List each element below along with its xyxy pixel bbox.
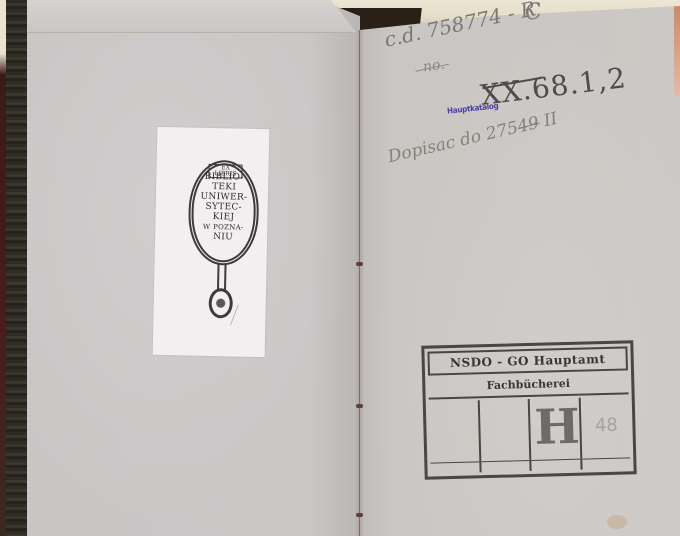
page-edge-highlight [674,6,680,96]
photo-scene: EX LIBRIS BIBLIO- TEKI UNIWER- SYTEC- KI… [0,0,680,536]
eagle-medallion-icon [208,288,233,318]
bookplate-text: BIBLIO- TEKI UNIWER- SYTEC- KIEJ W POZNA… [193,172,254,243]
bookplate-place: W POZNA- [193,222,253,233]
stamp-number: 48 [595,415,618,437]
stamp-cells: H 48 [429,396,631,473]
stamp-header: NSDO - GO Hauptamt [427,346,628,375]
pencil-mark [230,305,252,331]
page-top-edge [27,0,357,33]
stamp-cell: 48 [580,396,630,469]
struck-note: no. [422,57,446,76]
stamp-cell [479,399,531,472]
stitch [356,513,363,517]
bookplate-place-end: NIU [193,232,253,243]
bookplate-line: UNIWER- [194,192,254,203]
stamp-letter: H [534,402,581,453]
bookplate: EX LIBRIS BIBLIO- TEKI UNIWER- SYTEC- KI… [153,127,270,357]
stamp-subheader: Fachbücherei [428,372,629,399]
ownership-stamp: NSDO - GO Hauptamt Fachbücherei H 48 [421,340,636,480]
binding-thread [359,30,360,536]
accession-mark: C [523,0,544,26]
book-cover-edge [6,0,29,536]
stamp-cell [429,400,481,473]
stitch [356,262,363,266]
paper-stain [607,515,627,529]
gutter [356,30,364,536]
stitch [356,404,363,408]
stamp-cell: H [530,398,582,471]
